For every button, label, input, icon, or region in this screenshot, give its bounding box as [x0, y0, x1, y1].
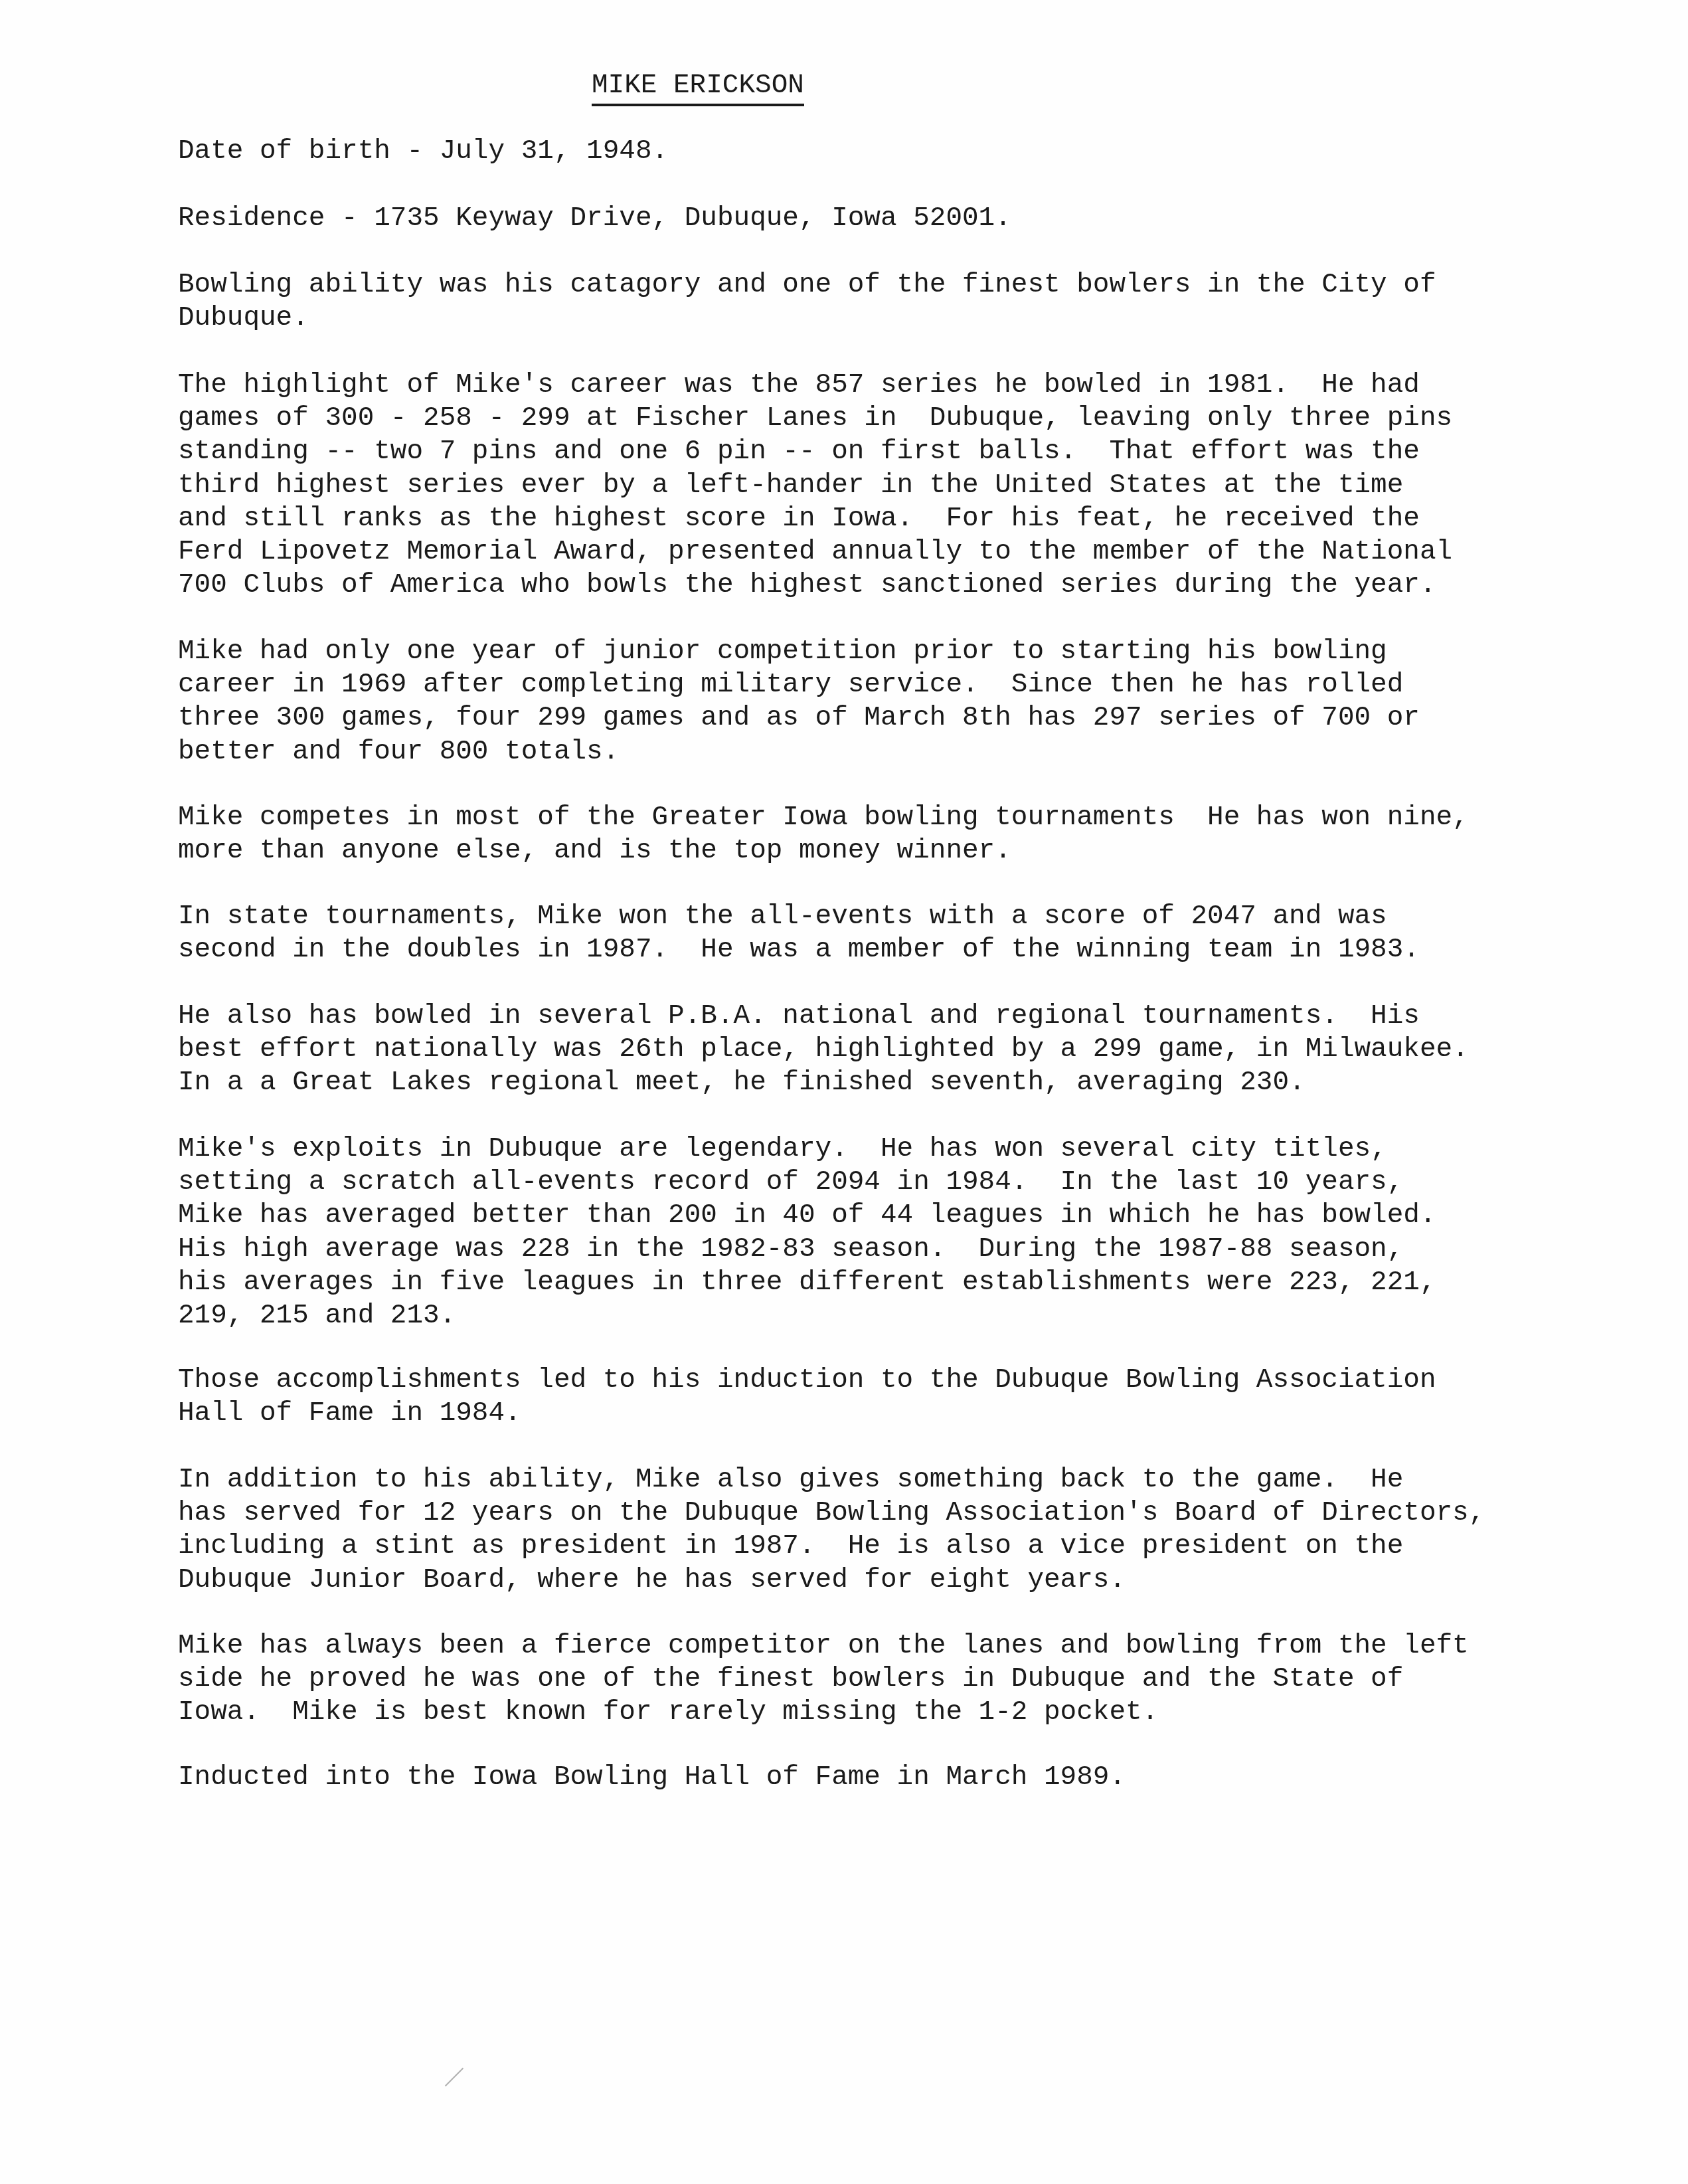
- paragraph-hall-of-fame-dubuque: Those accomplishments led to his inducti…: [178, 1364, 1436, 1430]
- paragraph-dubuque-exploits: Mike's exploits in Dubuque are legendary…: [178, 1133, 1436, 1332]
- paragraph-residence: Residence - 1735 Keyway Drive, Dubuque, …: [178, 202, 1011, 235]
- paragraph-early-career: Mike had only one year of junior competi…: [178, 635, 1420, 769]
- paragraph-giving-back: In addition to his ability, Mike also gi…: [178, 1463, 1485, 1597]
- paragraph-iowa-induction: Inducted into the Iowa Bowling Hall of F…: [178, 1761, 1126, 1794]
- paragraph-date-of-birth: Date of birth - July 31, 1948.: [178, 135, 668, 168]
- paragraph-pba: He also has bowled in several P.B.A. nat…: [178, 1000, 1469, 1100]
- document-title: MIKE ERICKSON: [592, 69, 804, 106]
- stray-pen-mark: [445, 2068, 464, 2086]
- paragraph-career-highlight: The highlight of Mike's career was the 8…: [178, 369, 1452, 602]
- paragraph-competitor: Mike has always been a fierce competitor…: [178, 1629, 1469, 1730]
- paragraph-category: Bowling ability was his catagory and one…: [178, 268, 1436, 335]
- paragraph-greater-iowa: Mike competes in most of the Greater Iow…: [178, 801, 1469, 867]
- paragraph-state-tournaments: In state tournaments, Mike won the all-e…: [178, 900, 1420, 966]
- document-page: MIKE ERICKSON Date of birth - July 31, 1…: [0, 0, 1688, 2184]
